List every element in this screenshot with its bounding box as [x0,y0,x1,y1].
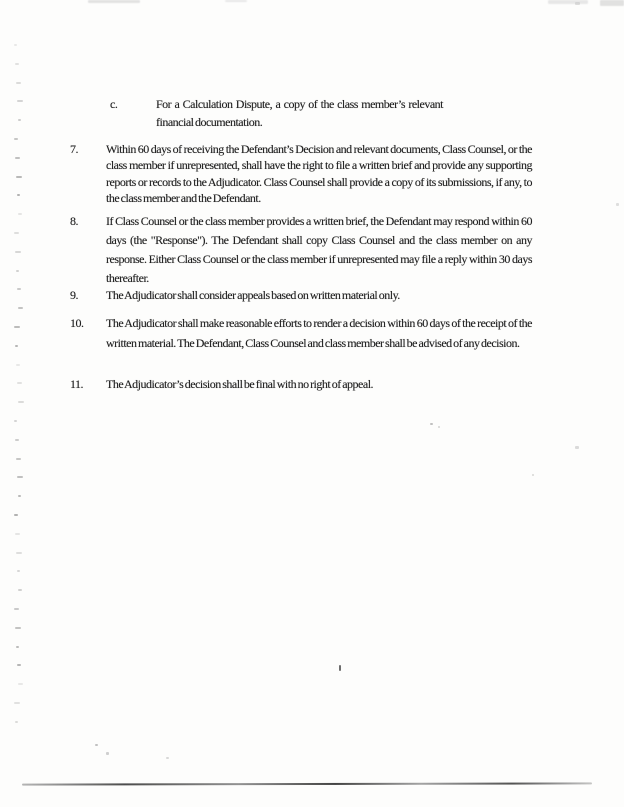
paragraph-7-text: Within 60 days of receiving the Defendan… [106,141,532,207]
paragraph-10-number: 10. [70,313,84,333]
left-edge-scan-mark [15,251,21,253]
paragraph-8-text: If Class Counsel or the class member pro… [106,212,532,288]
left-edge-scan-mark [14,138,18,140]
scan-speck [166,757,169,759]
paragraph-11-number: 11. [70,374,83,394]
top-edge-smudge [600,0,624,6]
scanned-document-page: c. For a Calculation Dispute, a copy of … [0,0,624,807]
top-edge-smudge [548,0,588,4]
left-edge-scan-mark [16,364,20,366]
left-edge-scan-mark [15,439,19,441]
scan-speck [575,446,579,449]
left-edge-scan-mark [18,119,21,121]
left-edge-scan-mark [16,552,22,554]
left-edge-scan-mark [15,157,20,159]
left-edge-scan-mark [17,100,23,102]
scan-speck [575,2,580,5]
paragraph-7: 7. Within 60 days of receiving the Defen… [70,141,532,207]
list-item-c: c. For a Calculation Dispute, a copy of … [110,95,460,131]
left-edge-scan-mark [17,476,23,478]
left-edge-scan-mark [17,194,20,196]
top-edge-smudge [88,0,140,3]
bottom-scan-edge-line [22,782,592,786]
left-edge-scan-mark [15,63,19,65]
left-edge-scan-mark [15,627,21,629]
list-item-c-text: For a Calculation Dispute, a copy of the… [156,95,443,131]
left-edge-scan-mark [18,213,22,215]
scan-speck [616,203,619,206]
top-edge-smudge [225,0,247,2]
paragraph-10-text: The Adjudicator shall make reasonable ef… [106,313,532,353]
paragraph-9-number: 9. [70,286,78,305]
scan-speck [438,426,440,428]
left-edge-scan-mark [16,82,21,84]
left-edge-scan-mark [14,44,17,46]
left-edge-scan-mark [16,646,19,648]
left-edge-scan-mark [18,495,21,497]
left-edge-scan-mark [16,176,22,178]
paragraph-8: 8. If Class Counsel or the class member … [70,212,532,288]
list-item-c-label: c. [110,95,117,113]
scan-speck [339,665,341,671]
left-edge-scan-mark [17,664,21,666]
left-edge-scan-mark [18,401,24,403]
paragraph-11: 11. The Adjudicator’s decision shall be … [70,374,532,394]
left-edge-scan-mark [15,721,18,723]
left-edge-scan-mark [17,570,20,572]
scan-speck [532,474,534,476]
paragraph-8-number: 8. [70,212,78,231]
scan-speck [430,423,433,425]
left-edge-scan-mark [17,382,22,384]
left-edge-scan-mark [17,288,21,290]
paragraph-10: 10. The Adjudicator shall make reasonabl… [70,313,532,353]
scan-speck [106,752,109,755]
paragraph-11-text: The Adjudicator’s decision shall be fina… [106,374,532,394]
scan-speck [95,744,98,746]
left-edge-scan-mark [14,232,19,234]
left-edge-scan-mark [18,307,23,309]
left-edge-scan-mark [14,702,20,704]
left-edge-scan-mark [15,533,20,535]
paragraph-9-text: The Adjudicator shall consider appeals b… [106,286,532,305]
left-edge-scan-mark [15,345,18,347]
left-edge-scan-mark [16,458,21,460]
left-edge-scan-mark [14,326,20,328]
left-edge-scan-mark [16,270,19,272]
left-edge-scan-mark [14,514,18,516]
left-edge-scan-mark [18,589,22,591]
left-edge-scan-mark [14,608,19,610]
left-edge-scan-mark [14,420,17,422]
paragraph-9: 9. The Adjudicator shall consider appeal… [70,286,532,305]
paragraph-7-number: 7. [70,141,78,157]
left-edge-scan-mark [18,683,23,685]
